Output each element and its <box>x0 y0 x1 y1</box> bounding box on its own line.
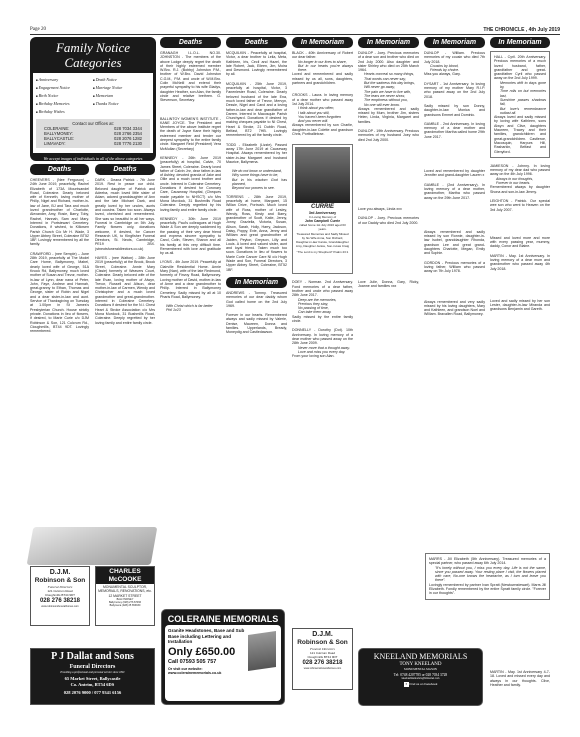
dallat-addr: 65 Market Street, Ballycastle <box>65 676 121 681</box>
hall-notice-box: HALL - Cyril. 20th Anniversary. Precious… <box>490 51 550 158</box>
headstone-image <box>248 631 276 671</box>
verse-line: Beyond our powers to see. <box>226 186 287 190</box>
notice-ballintoy: BALLINTOY WOMEN'S INSTITUTE - KANE JOYCE… <box>160 117 221 151</box>
currie-photo-notice: CURRIE 3rd Anniversary In Loving Memory … <box>292 144 353 274</box>
ad-djm-robinson-2: D.J.M. Robinson & Son Funeral Directors … <box>292 628 353 690</box>
notice-cheevers: CHEEVERS - (Nee Ferguson) – 24th June 20… <box>30 178 89 247</box>
coleraine-mem-web: www.colerainememorials.co.uk <box>168 671 221 675</box>
in-memoriam-banner: In Memoriam <box>226 277 287 288</box>
deaths-banner: Deaths <box>160 37 221 48</box>
marrs-verse: "It's lonely without you, I miss you eve… <box>429 566 546 583</box>
notice-kennedy-1: KENNEDY - 26th June 2019 (peacefully) at… <box>160 156 221 212</box>
currie-line: Treasured Memories and Sadly Missed by h… <box>295 233 350 248</box>
currie-line: called home 1st July 2016 aged 63 years. <box>295 224 350 232</box>
notice-torrens: TORRENS - 28th June 2019, peacefully at … <box>226 195 287 272</box>
djm-name2: Robinson & Son <box>295 639 350 647</box>
coleraine-mem-web-label: Or visit our website: <box>168 667 203 671</box>
dallat-tagline: Providing a professional and personal se… <box>33 671 152 674</box>
portrait-photo <box>295 147 350 203</box>
column-1: Deaths CHEEVERS - (Nee Ferguson) – 24th … <box>30 164 89 338</box>
mccooke-phone: Ballymena (028) 25 653930 <box>96 604 154 607</box>
in-memoriam-banner: In Memoriam <box>358 37 419 48</box>
djm-web: www.robinsonsfuneralhomes.com <box>33 605 87 608</box>
mccooke-name2: McCOOKE <box>109 576 142 583</box>
notice-leighton: LEIGHTON - Patrick. Our special wee son … <box>490 199 550 212</box>
notice-gamble-1-end: Loved and remembered by daughter Jennife… <box>424 169 485 178</box>
column-2: Deaths DARK - Deana Patrick - 7th June 2… <box>95 164 155 330</box>
notice-dunlop-joey-end: Always remembered and sadly missed by Mu… <box>358 107 419 124</box>
notice-granagh: GRANAGH I.L.O.L. NO.30. JOHNSTON - The m… <box>160 51 221 103</box>
notice-mcquilkin-2: MCQUILKIN - 25th June 2019, peacefully a… <box>226 82 287 138</box>
djm-web: www.robinsonsfuneralhomes.com <box>295 667 350 670</box>
djm-name1: D.J.M. <box>295 631 350 639</box>
djm-name1: D.J.M. <box>33 569 87 577</box>
verse-line: But in our hearts you're always there. <box>292 64 353 73</box>
page-number: Page 20 <box>30 27 46 32</box>
notice-gordon: GORDON - Precious memories of a loving f… <box>424 261 485 274</box>
notice-crooks-end: Always remembered by son Charlie, daught… <box>292 123 353 136</box>
notice-martin-2: MARTIN - May. 1st Anniversary 4-7-18. Lo… <box>490 670 550 687</box>
coleraine-mem-title: COLERAINE MEMORIALS <box>165 613 281 625</box>
currie-name: CURRIE <box>295 203 350 211</box>
mccooke-services: MONUMENTAL SCULPTOR, MEMORIALS, RENOVATI… <box>96 584 154 594</box>
notice-marrs: MARRS - Jill Elizabeth (5th Anniversary)… <box>429 557 546 566</box>
dallat-sub: Funeral Directors <box>33 663 152 671</box>
publication-date: THE CHRONICLE , 4th July 2019 <box>483 27 560 33</box>
notice-dunlop-william: DUNLOP - William. Precious memories of m… <box>424 51 485 64</box>
column-4: Deaths MCQUILKIN - Peacefully at hospita… <box>226 37 287 340</box>
dallat-name: P J Dallat and Sons <box>33 651 152 663</box>
bible-illustration <box>27 527 158 565</box>
family-notice-box: Family NoticeCategories AnniversaryDeath… <box>30 37 156 161</box>
notice-black: BLACK - 40th Anniversary of Robert our d… <box>292 51 353 60</box>
notice-martin-1: MARTIN - May. 1st Anniversary. In loving… <box>490 254 550 271</box>
notice-hall: HALL - Cyril. 20th Anniversary. Precious… <box>494 55 546 81</box>
verse-line: Memories drift to days gone by, <box>494 81 546 90</box>
deaths-banner: Deaths <box>95 164 155 175</box>
contact-offices: Contact our Offices at: COLERAINE:028 70… <box>36 119 150 148</box>
kneeland-title: KNEELAND MEMORIALS <box>362 652 479 662</box>
column-5: In Memoriam BLACK - 40th Anniversary of … <box>292 37 353 363</box>
notice-donnelly-end: From your loving son Alan. <box>292 354 353 358</box>
notice-hall-end: Always loved and sadly missed by loving … <box>494 115 546 154</box>
verse-line: Time rolls on but memories last, <box>494 89 546 98</box>
ad-kneeland-memorials: KNEELAND MEMORIALS TONY KNEELAND MONUMEN… <box>358 648 483 706</box>
notice-dysart: DYSART - 1st Anniversary. In loving memo… <box>424 82 485 99</box>
notice-black-end: Loved and remembered and sadly missed by… <box>292 72 353 85</box>
notice-dark: DARK - Deana Patrick - 7th June 2019. Re… <box>95 178 155 251</box>
category-list: AnniversaryDeath Notice Engagement Notic… <box>36 76 150 116</box>
verse-line: But in his wisdom God has planned, <box>226 178 287 187</box>
currie-line: "The Lord is my Shepherd" Psalm 23:1 <box>295 251 350 255</box>
dallat-addr: Co. Antrim, BT54 6DS <box>71 682 115 687</box>
notice-lyons: LYONS - 4th June 2019. Peacefully at Cla… <box>160 260 221 299</box>
in-memoriam-banner: In Memoriam <box>424 37 485 48</box>
in-memoriam-banner: In Memoriam <box>490 37 550 48</box>
column-6: In Memoriam DUNLOP - Joey. Precious memo… <box>358 37 419 293</box>
notice-marrs-end: Lovingly remembered by partner Ivan Spra… <box>429 583 546 596</box>
notice-mcquilkin-1: MCQUILKIN - Peacefully at hospital, Vict… <box>226 51 287 77</box>
notice-dunlop-joey: DUNLOP - Joey. Precious memories of a de… <box>358 51 419 72</box>
notice-andrews-end: Forever in our hearts. Remembered always… <box>226 313 287 334</box>
coleraine-mem-desc: Granite Headstones, Base and Sub Base in… <box>168 628 248 645</box>
column-7: In Memoriam DUNLOP - William. Precious m… <box>424 37 485 322</box>
notice-doey: DOEY - Norman. 2nd Anniversary. Fond mem… <box>292 280 353 297</box>
notice-gamble-2-end: Always remembered and sadly missed by so… <box>424 230 485 256</box>
notice-hayes: HAYES - (nee Watton) - 28th June 2019 (p… <box>95 256 155 325</box>
notice-martin-1-end: Loved and sadly missed by her son Lester… <box>490 299 550 312</box>
notice-gamble-1: GAMBLE - 2nd Anniversary. In loving memo… <box>424 122 485 139</box>
kneeland-facebook: Find us on Facebook <box>409 682 437 686</box>
ad-pj-dallat: P J Dallat and Sons Funeral Directors Pr… <box>30 648 155 705</box>
notice-martin-2-text: MARTIN - May. 1st Anniversary 4-7-18. Lo… <box>490 670 550 687</box>
notice-andrews: ANDREWS - Tommy. Treasured memories of o… <box>226 291 287 308</box>
in-memoriam-banner: In Memoriam <box>292 37 353 48</box>
ad-coleraine-memorials: COLERAINE MEMORIALS Granite Headstones, … <box>161 609 285 705</box>
column-3: Deaths GRANAGH I.L.O.L. NO.30. JOHNSTON … <box>160 37 221 313</box>
column-8: In Memoriam HALL - Cyril. 20th Anniversa… <box>490 37 550 317</box>
verse-line: Sunshine passes shadows fall, <box>494 98 546 107</box>
notice-donnelly: DONNELLY - Dorothy (Dot). 10th Anniversa… <box>292 328 353 345</box>
ad-charles-mccooke: CHARLESMcCOOKE MONUMENTAL SCULPTOR, MEMO… <box>95 566 155 626</box>
djm-name2: Robinson & Son <box>33 577 87 585</box>
notice-gamble-2: GAMBLE - (2nd Anniversary). In loving me… <box>424 183 485 200</box>
accept-note: We accept images of individuals in all o… <box>33 156 153 161</box>
verse-line: But love's remembrance outlast all. <box>494 107 546 116</box>
notice-dunlop-19: DUNLOP - 19th Anniversary. Precious memo… <box>358 129 419 142</box>
notice-dunlop-daddy: DUNLOP - Joey. Precious memories of our … <box>358 216 419 225</box>
notice-doey-end: Sadly missed by the entire family circle… <box>292 315 353 324</box>
notice-crooks: CROOKS - Laura. In loving memory of a de… <box>292 93 353 106</box>
kneeland-email: kneelandmemorials@btinternet.com <box>362 677 479 680</box>
ad-djm-robinson: D.J.M. Robinson & Son Funeral Directors … <box>30 566 90 626</box>
notice-kennedy-2: KENNEDY - 30th June 2019 peacefully. Pau… <box>160 217 221 256</box>
notice-leighton-end: Missed and loved more and more with ever… <box>490 236 550 249</box>
notice-todd: TODD - Elizabeth (Lizzie). Passed away 1… <box>226 143 287 164</box>
page-header: Page 20 THE CHRONICLE , 4th July 2019 <box>30 27 560 35</box>
kneeland-sub: MONUMENTAL MASON <box>362 667 479 671</box>
notice-jamieson: JAMIESON - Johnny. In loving memory of m… <box>490 164 550 177</box>
notice-crawford: CRAWFORD - (nee Semple) – June 28th 2019… <box>30 252 89 334</box>
verse-line: Phil 1v23 <box>160 308 221 312</box>
notice-jamieson-end: Remembered always by daughter Shona and … <box>490 185 550 194</box>
notice-dysart-end: Sadly missed by son Donny, daughter-in-l… <box>424 104 485 117</box>
notice-gordon-end: Always remembered and very sadly missed … <box>424 300 485 317</box>
mccooke-name1: CHARLES <box>109 568 140 575</box>
djm-phone: 028 276 38218 <box>33 597 87 605</box>
deaths-banner: Deaths <box>226 37 287 48</box>
notice-marrs-box: MARRS - Jill Elizabeth (5th Anniversary)… <box>425 553 550 600</box>
family-notice-title: Family NoticeCategories <box>33 40 153 70</box>
facebook-icon: f <box>404 682 409 687</box>
dallat-phone: 028 2076 9000 / 077 9341 6156 <box>33 690 152 695</box>
djm-phone: 028 276 38218 <box>295 659 350 667</box>
notice-dunlop-daddy-end: Love Julie, Donna, Gary, Ricky, Joanne a… <box>358 280 419 289</box>
deaths-banner: Deaths <box>30 164 89 175</box>
notice-dunlop-19-end: Love you always, Linda xxx <box>358 207 419 211</box>
notice-dunlop-william-end: Miss you always, Gary. <box>424 72 485 76</box>
